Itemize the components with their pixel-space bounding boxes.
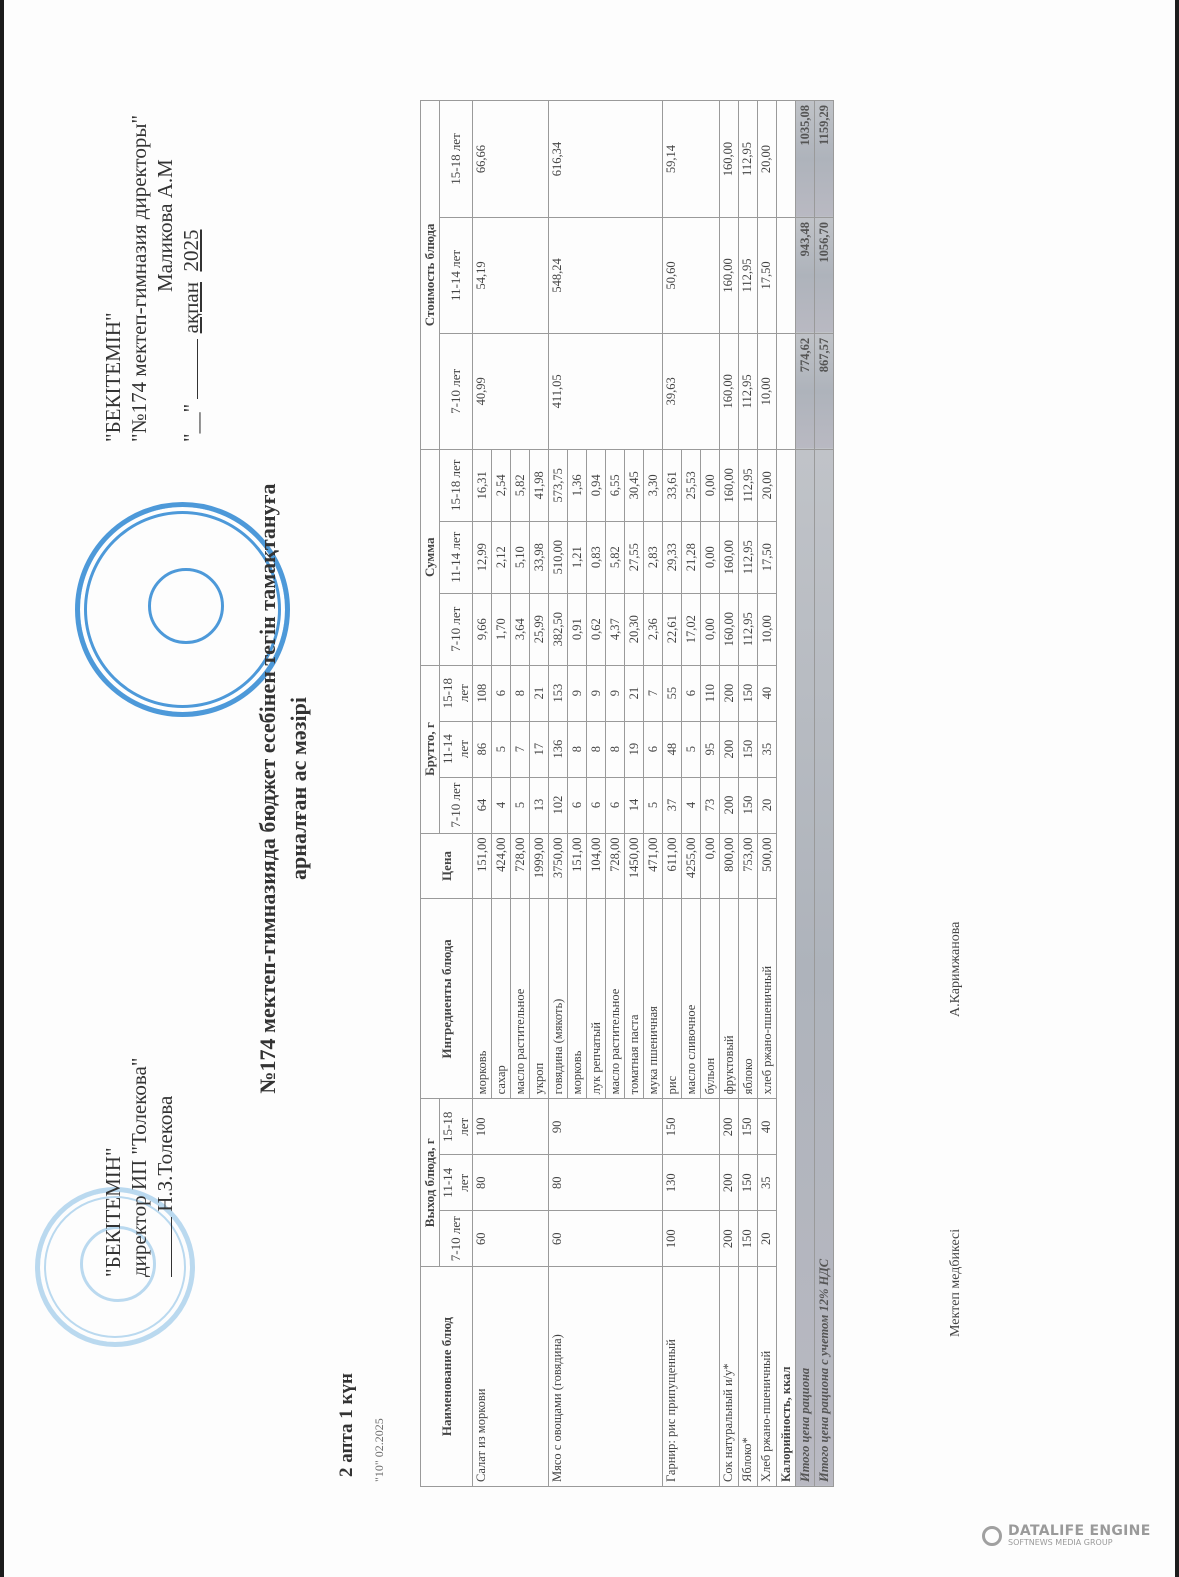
total-vat-row: Итого цена рациона с учетом 12% НДС867,5… [815,101,834,1487]
ingredient-sum: 1,70 [492,593,511,665]
ingredient-price: 728,00 [606,833,625,899]
approval-day: "__" [179,404,203,442]
nurse-name: А.Каримжанова [948,922,964,1017]
ingredient-name: говядина (мякоть) [549,899,568,1099]
ingredient-brutto: 8 [511,665,530,721]
ingredient-sum: 1,21 [568,521,587,593]
ingredient-brutto: 6 [492,665,511,721]
header-ingredients: Ингредиенты блюда [421,899,473,1099]
ingredient-sum: 112,95 [739,449,758,521]
dish-cost: 39,63 [663,333,720,449]
ingredient-sum: 5,82 [606,521,625,593]
ingredient-sum: 41,98 [530,449,549,521]
watermark-title: DATALIFE ENGINE [1008,1524,1151,1538]
ingredient-sum: 382,50 [549,593,568,665]
dish-yield: 150 [739,1099,758,1155]
header-age: 11-14 лет [440,521,473,593]
signature-placeholder [171,1217,172,1277]
ingredient-brutto: 35 [758,721,777,777]
ingredient-price: 104,00 [587,833,606,899]
ingredient-brutto: 86 [473,721,492,777]
dish-name: Гарнир: рис припущенный [663,1267,720,1487]
ingredient-name: масло растительное [606,899,625,1099]
ingredient-brutto: 20 [758,777,777,833]
dish-name: Мясо с овощами (говядина) [549,1267,663,1487]
ingredient-price: 3750,00 [549,833,568,899]
ingredient-sum: 4,37 [606,593,625,665]
ingredient-sum: 112,95 [739,521,758,593]
menu-table: Наименование блюдВыход блюда, гИнгредиен… [420,100,834,1487]
ingredient-sum: 25,99 [530,593,549,665]
approval-signer-name: Н.З.Толекова [153,1096,177,1212]
header-age: 15-18 лет [440,665,473,721]
ingredient-price: 0,00 [701,833,720,899]
dish-cost: 17,50 [758,218,777,334]
total-row-label: Итого цена рациона [796,449,815,1486]
ingredient-brutto: 200 [720,777,739,833]
ingredient-name: лук репчатый [587,899,606,1099]
ingredient-price: 424,00 [492,833,511,899]
ingredient-price: 4255,00 [682,833,701,899]
dish-yield: 80 [549,1155,663,1211]
ingredient-sum: 0,83 [587,521,606,593]
watermark: DATALIFE ENGINE SOFTNEWS MEDIA GROUP [982,1524,1151,1547]
dish-yield: 100 [473,1099,549,1155]
ingredient-sum: 1,36 [568,449,587,521]
approval-signature-line: Н.З.Толекова [152,1058,178,1277]
ingredient-sum: 3,64 [511,593,530,665]
ingredient-brutto: 14 [625,777,644,833]
ingredient-brutto: 55 [663,665,682,721]
dish-cost: 66,66 [473,101,549,218]
ingredient-brutto: 21 [625,665,644,721]
kcal-value [777,333,796,449]
watermark-subtitle: SOFTNEWS MEDIA GROUP [1008,1538,1151,1547]
table-row: Мясо с овощами (говядина)608090говядина … [549,101,568,1487]
total-vat-row-value: 867,57 [815,333,834,449]
ingredient-sum: 33,98 [530,521,549,593]
ingredient-sum: 5,10 [511,521,530,593]
header-age: 11-14 лет [440,218,473,334]
ingredient-sum: 160,00 [720,593,739,665]
ingredient-sum: 10,00 [758,593,777,665]
ingredient-sum: 20,30 [625,593,644,665]
ingredient-sum: 0,62 [587,593,606,665]
dish-cost: 50,60 [663,218,720,334]
ingredient-brutto: 64 [473,777,492,833]
ingredient-brutto: 6 [587,777,606,833]
dish-yield: 40 [758,1099,777,1155]
ingredient-brutto: 6 [606,777,625,833]
ingredient-name: фруктовый [720,899,739,1099]
dish-cost: 616,34 [549,101,663,218]
kcal-value [777,218,796,334]
dish-yield: 200 [720,1155,739,1211]
ingredient-sum: 0,00 [701,593,720,665]
ingredient-sum: 22,61 [663,593,682,665]
total-row-value: 1035,08 [796,101,815,218]
total-row-value: 774,62 [796,333,815,449]
total-row: Итого цена рациона774,62943,481035,08 [796,101,815,1487]
table-row: Гарнир: рис припущенный100130150рис611,0… [663,101,682,1487]
ingredient-brutto: 6 [644,721,663,777]
ingredient-brutto: 73 [701,777,720,833]
header-sum: Сумма [421,449,440,665]
ingredient-sum: 20,00 [758,449,777,521]
ingredient-sum: 573,75 [549,449,568,521]
ingredient-brutto: 4 [682,777,701,833]
ingredient-brutto: 108 [473,665,492,721]
ingredient-sum: 510,00 [549,521,568,593]
ingredient-name: сахар [492,899,511,1099]
ingredient-price: 753,00 [739,833,758,899]
header-age: 15-18 лет [440,101,473,218]
ingredient-sum: 30,45 [625,449,644,521]
ingredient-sum: 29,33 [663,521,682,593]
ingredient-brutto: 37 [663,777,682,833]
ingredient-price: 1999,00 [530,833,549,899]
ingredient-sum: 25,53 [682,449,701,521]
ingredient-price: 611,00 [663,833,682,899]
dish-yield: 35 [758,1155,777,1211]
dish-cost: 160,00 [720,101,739,218]
ingredient-sum: 17,50 [758,521,777,593]
ingredient-name: хлеб ржано-пшеничный [758,899,777,1099]
ingredient-brutto: 150 [739,721,758,777]
dish-yield: 200 [720,1211,739,1267]
ingredient-price: 800,00 [720,833,739,899]
ingredient-brutto: 110 [701,665,720,721]
ingredient-price: 151,00 [473,833,492,899]
dish-yield: 20 [758,1211,777,1267]
ingredient-brutto: 153 [549,665,568,721]
ingredient-brutto: 5 [492,721,511,777]
ingredient-brutto: 9 [606,665,625,721]
approval-heading: "БЕКІТЕМІН" [100,1058,126,1277]
ingredient-name: мука пшеничная [644,899,663,1099]
rotated-document-page: "БЕКІТЕМІН" директор ИП "Толекова" Н.З.Т… [0,0,1179,1577]
ingredient-brutto: 7 [644,665,663,721]
nurse-label: Мектеп медбикесі [948,1229,964,1337]
dish-name: Салат из моркови [473,1267,549,1487]
dish-name: Яблоко* [739,1267,758,1487]
total-vat-row-label: Итого цена рациона с учетом 12% НДС [815,449,834,1486]
total-vat-row-value: 1056,70 [815,218,834,334]
ingredient-brutto: 95 [701,721,720,777]
ingredient-brutto: 4 [492,777,511,833]
dish-yield: 80 [473,1155,549,1211]
dish-cost: 411,05 [549,333,663,449]
header-age: 7-10 лет [440,333,473,449]
ingredient-name: яблоко [739,899,758,1099]
table-row: Яблоко*150150150яблоко753,00150150150112… [739,101,758,1487]
header-age: 11-14 лет [440,721,473,777]
ingredient-sum: 2,12 [492,521,511,593]
dish-cost: 160,00 [720,218,739,334]
ingredient-brutto: 5 [644,777,663,833]
ingredient-brutto: 200 [720,665,739,721]
ingredient-name: масло сливочное [682,899,701,1099]
approval-signer: Маликова А.М [152,115,178,442]
dish-yield: 60 [549,1211,663,1267]
ingredient-sum: 3,30 [644,449,663,521]
ingredient-sum: 2,54 [492,449,511,521]
dish-yield: 200 [720,1099,739,1155]
ingredient-sum: 2,36 [644,593,663,665]
dish-cost: 10,00 [758,333,777,449]
ingredient-brutto: 13 [530,777,549,833]
kcal-label: Калорийность, ккал [777,449,796,1486]
dish-cost: 59,14 [663,101,720,218]
dish-cost: 20,00 [758,101,777,218]
ingredient-brutto: 5 [682,721,701,777]
ingredient-price: 728,00 [511,833,530,899]
ingredient-price: 1450,00 [625,833,644,899]
ingredient-brutto: 9 [568,665,587,721]
datalife-logo-icon [982,1526,1002,1546]
header-age: 11-14 лет [440,1155,473,1211]
header-age: 15-18 лет [440,449,473,521]
document-subtitle: арналған ас мәзірі [286,0,312,1577]
approval-block-supplier: "БЕКІТЕМІН" директор ИП "Толекова" Н.З.Т… [100,1058,178,1277]
ingredient-sum: 21,28 [682,521,701,593]
total-row-value: 943,48 [796,218,815,334]
ingredient-brutto: 9 [587,665,606,721]
ingredient-brutto: 136 [549,721,568,777]
ingredient-brutto: 8 [606,721,625,777]
header-brutto: Брутто, г [421,665,440,833]
header-age: 7-10 лет [440,777,473,833]
ingredient-brutto: 5 [511,777,530,833]
header-cost: Стоимость блюда [421,101,440,450]
dish-cost: 548,24 [549,218,663,334]
ingredient-sum: 160,00 [720,449,739,521]
ingredient-brutto: 102 [549,777,568,833]
ingredient-sum: 6,55 [606,449,625,521]
ingredient-sum: 12,99 [473,521,492,593]
table-row: Хлеб ржано-пшеничный203540хлеб ржано-пше… [758,101,777,1487]
table-row: Салат из моркови6080100морковь151,006486… [473,101,492,1487]
ingredient-sum: 0,00 [701,449,720,521]
ingredient-brutto: 200 [720,721,739,777]
ingredient-sum: 112,95 [739,593,758,665]
header-age: 7-10 лет [440,593,473,665]
approval-date: "__" ақпан 2025 [178,115,204,442]
kcal-value [777,101,796,218]
ingredient-sum: 0,00 [701,521,720,593]
header-yield: Выход блюда, г [421,1099,440,1267]
dish-cost: 112,95 [739,101,758,218]
ingredient-sum: 0,94 [587,449,606,521]
dish-cost: 40,99 [473,333,549,449]
approval-year: 2025 [179,230,203,272]
total-vat-row-value: 1159,29 [815,101,834,218]
header-age: 15-18 лет [440,1099,473,1155]
header-price: Цена [421,833,473,899]
approval-heading: "БЕКІТЕМІН" [100,115,126,442]
dish-cost: 112,95 [739,218,758,334]
header-dish: Наименование блюд [421,1267,473,1487]
ingredient-brutto: 40 [758,665,777,721]
header-age: 7-10 лет [440,1211,473,1267]
document-title: №174 мектеп-гимназияда бюджет есебінен т… [255,0,281,1577]
ingredient-price: 500,00 [758,833,777,899]
ingredient-brutto: 21 [530,665,549,721]
ingredient-name: морковь [568,899,587,1099]
ingredient-sum: 160,00 [720,521,739,593]
ingredient-price: 471,00 [644,833,663,899]
ingredient-brutto: 7 [511,721,530,777]
approval-month: ақпан [179,282,203,333]
dish-yield: 90 [549,1099,663,1155]
dish-yield: 150 [739,1211,758,1267]
ingredient-brutto: 6 [568,777,587,833]
ingredient-sum: 9,66 [473,593,492,665]
menu-day-label: 2 апта 1 күн [336,1373,358,1477]
menu-date: "10" 02.2025 [372,1418,387,1482]
dish-yield: 100 [663,1211,720,1267]
ingredient-brutto: 6 [682,665,701,721]
ingredient-brutto: 8 [568,721,587,777]
dish-cost: 54,19 [473,218,549,334]
ingredient-sum: 0,91 [568,593,587,665]
approval-line [197,339,198,399]
kcal-row: Калорийность, ккал [777,101,796,1487]
dish-yield: 150 [739,1155,758,1211]
ingredient-price: 151,00 [568,833,587,899]
ingredient-name: томатная паста [625,899,644,1099]
header-row: Наименование блюдВыход блюда, гИнгредиен… [421,101,440,1487]
ingredient-name: бульон [701,899,720,1099]
dish-cost: 112,95 [739,333,758,449]
ingredient-brutto: 150 [739,777,758,833]
dish-cost: 160,00 [720,333,739,449]
ingredient-sum: 33,61 [663,449,682,521]
ingredient-brutto: 19 [625,721,644,777]
ingredient-sum: 2,83 [644,521,663,593]
ingredient-name: рис [663,899,682,1099]
ingredient-name: морковь [473,899,492,1099]
ingredient-name: укроп [530,899,549,1099]
approval-position: "№174 мектеп-гимназия директоры" [126,115,152,442]
table-row: Сок натуральный и/у*200200200фруктовый80… [720,101,739,1487]
ingredient-sum: 27,55 [625,521,644,593]
ingredient-sum: 5,82 [511,449,530,521]
ingredient-brutto: 17 [530,721,549,777]
dish-yield: 130 [663,1155,720,1211]
dish-name: Сок натуральный и/у* [720,1267,739,1487]
ingredient-sum: 16,31 [473,449,492,521]
ingredient-brutto: 48 [663,721,682,777]
ingredient-brutto: 150 [739,665,758,721]
approval-block-director: "БЕКІТЕМІН" "№174 мектеп-гимназия директ… [100,115,204,442]
ingredient-sum: 17,02 [682,593,701,665]
dish-yield: 60 [473,1211,549,1267]
approval-position: директор ИП "Толекова" [126,1058,152,1277]
dish-name: Хлеб ржано-пшеничный [758,1267,777,1487]
ingredient-brutto: 8 [587,721,606,777]
dish-yield: 150 [663,1099,720,1155]
ingredient-name: масло растительное [511,899,530,1099]
approval-signer-name: Маликова А.М [153,159,177,292]
